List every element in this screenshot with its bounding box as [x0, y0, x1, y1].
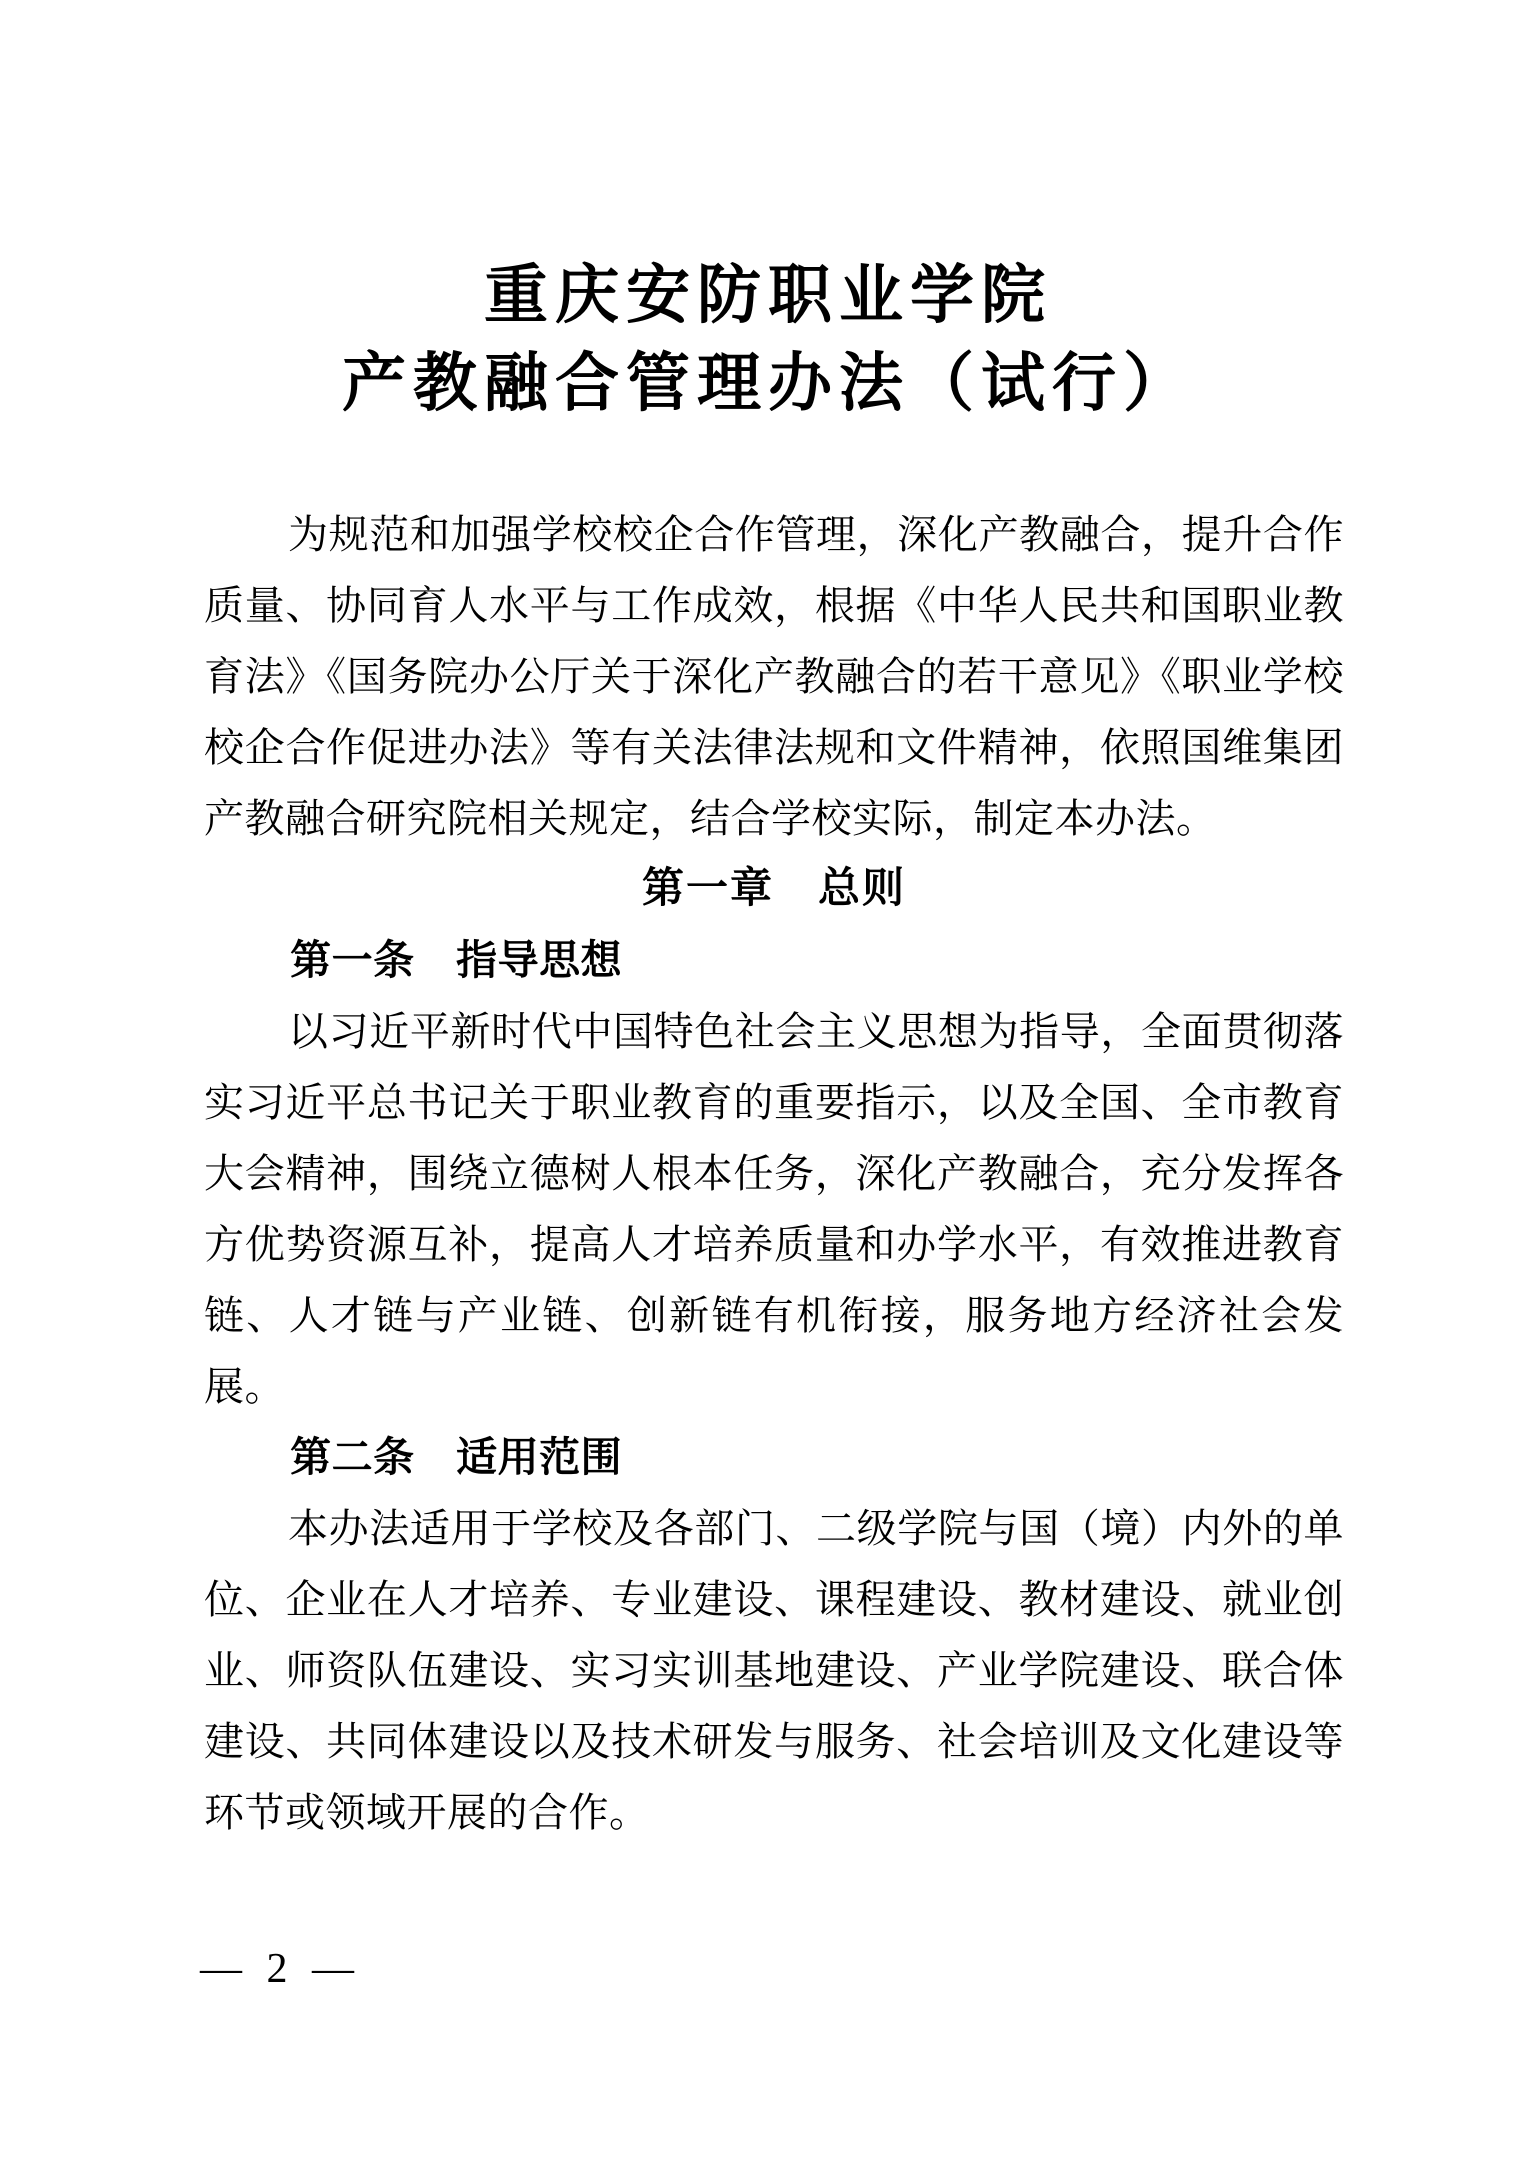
article-2-paragraph: 本办法适用于学校及各部门、二级学院与国（境）内外的单位、企业在人才培养、专业建设…: [204, 1493, 1344, 1848]
document-title: 重庆安防职业学院 产教融合管理办法（试行）: [0, 252, 1536, 428]
title-line-2: 产教融合管理办法（试行）: [0, 340, 1536, 428]
page-number: — 2 —: [200, 1946, 356, 1992]
page-footer: — 2 —: [200, 1941, 356, 1997]
document-page: 重庆安防职业学院 产教融合管理办法（试行） 为规范和加强学校校企合作管理，深化产…: [0, 0, 1536, 2171]
article-1-paragraph: 以习近平新时代中国特色社会主义思想为指导，全面贯彻落实习近平总书记关于职业教育的…: [204, 996, 1344, 1422]
title-line-1: 重庆安防职业学院: [0, 252, 1536, 340]
chapter-1-heading: 第一章 总则: [204, 854, 1344, 925]
intro-paragraph: 为规范和加强学校校企合作管理，深化产教融合，提升合作质量、协同育人水平与工作成效…: [204, 499, 1344, 854]
document-body: 为规范和加强学校校企合作管理，深化产教融合，提升合作质量、协同育人水平与工作成效…: [204, 499, 1344, 1848]
article-2-heading: 第二条 适用范围: [204, 1422, 1344, 1493]
article-1-heading: 第一条 指导思想: [204, 925, 1344, 996]
